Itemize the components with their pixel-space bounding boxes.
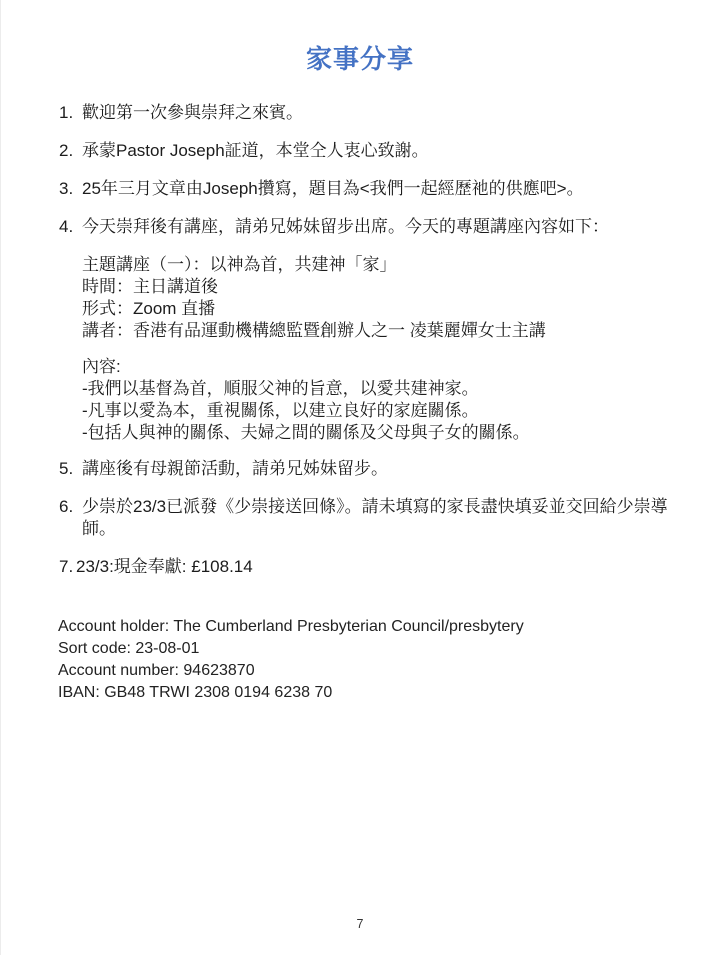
bank-account-number: Account number: 94623870 <box>58 660 677 682</box>
seminar-details: 主題講座（一）：以神為首，共建神「家」 時間：主日講道後 形式：Zoom 直播 … <box>82 254 677 444</box>
seminar-content-point: -我們以基督為首，順服父神的旨意，以愛共建神家。 <box>82 378 677 400</box>
document-page: 家事分享 1. 歡迎第一次參與崇拜之來賓。 2. 承蒙Pastor Joseph… <box>0 0 719 955</box>
announcement-item-2: 2. 承蒙Pastor Joseph証道，本堂仝人衷心致謝。 <box>59 140 677 162</box>
announcement-item-7: 7. 23/3:現金奉獻: £108.14 <box>59 556 677 578</box>
bank-details: Account holder: The Cumberland Presbyter… <box>58 616 677 704</box>
page-number: 7 <box>1 917 719 931</box>
seminar-topic: 主題講座（一）：以神為首，共建神「家」 <box>82 254 677 276</box>
item-text: 歡迎第一次參與崇拜之來賓。 <box>82 102 677 124</box>
seminar-time: 時間：主日講道後 <box>82 276 677 298</box>
bank-iban: IBAN: GB48 TRWI 2308 0194 6238 70 <box>58 682 677 704</box>
page-title: 家事分享 <box>1 0 719 76</box>
item-number: 6. <box>59 496 82 540</box>
seminar-content: 內容: -我們以基督為首，順服父神的旨意，以愛共建神家。 -凡事以愛為本，重視關… <box>82 356 677 444</box>
item-text: 講座後有母親節活動，請弟兄姊妹留步。 <box>82 458 677 480</box>
item-text: 23/3:現金奉獻: £108.14 <box>76 556 677 578</box>
item-number: 4. <box>59 216 82 238</box>
item-text: 今天崇拜後有講座，請弟兄姊妹留步出席。今天的專題講座內容如下： <box>82 216 677 238</box>
item-number: 2. <box>59 140 82 162</box>
seminar-content-point: -凡事以愛為本，重視關係，以建立良好的家庭關係。 <box>82 400 677 422</box>
item-number: 1. <box>59 102 82 124</box>
item-text: 承蒙Pastor Joseph証道，本堂仝人衷心致謝。 <box>82 140 677 162</box>
seminar-content-point: -包括人與神的關係、夫婦之間的關係及父母與子女的關係。 <box>82 422 677 444</box>
announcement-item-3: 3. 25年三月文章由Joseph攢寫，題目為<我們一起經歷祂的供應吧>。 <box>59 178 677 200</box>
item-text: 25年三月文章由Joseph攢寫，題目為<我們一起經歷祂的供應吧>。 <box>82 178 677 200</box>
item-number: 3. <box>59 178 82 200</box>
document-body: 1. 歡迎第一次參與崇拜之來賓。 2. 承蒙Pastor Joseph証道，本堂… <box>1 102 719 704</box>
seminar-speaker: 講者：香港有品運動機構總監暨創辦人之一 凌葉麗嬋女士主講 <box>82 320 677 342</box>
item-number: 7. <box>59 556 76 578</box>
announcement-item-1: 1. 歡迎第一次參與崇拜之來賓。 <box>59 102 677 124</box>
seminar-content-label: 內容: <box>82 356 677 378</box>
item-number: 5. <box>59 458 82 480</box>
bank-account-holder: Account holder: The Cumberland Presbyter… <box>58 616 677 638</box>
item-text: 少崇於23/3已派發《少崇接送回條》。請未填寫的家長盡快填妥並交回給少崇導師。 <box>82 496 677 540</box>
seminar-format: 形式：Zoom 直播 <box>82 298 677 320</box>
announcement-item-6: 6. 少崇於23/3已派發《少崇接送回條》。請未填寫的家長盡快填妥並交回給少崇導… <box>59 496 677 540</box>
bank-sort-code: Sort code: 23-08-01 <box>58 638 677 660</box>
announcement-item-4: 4. 今天崇拜後有講座，請弟兄姊妹留步出席。今天的專題講座內容如下： <box>59 216 677 238</box>
announcement-item-5: 5. 講座後有母親節活動，請弟兄姊妹留步。 <box>59 458 677 480</box>
